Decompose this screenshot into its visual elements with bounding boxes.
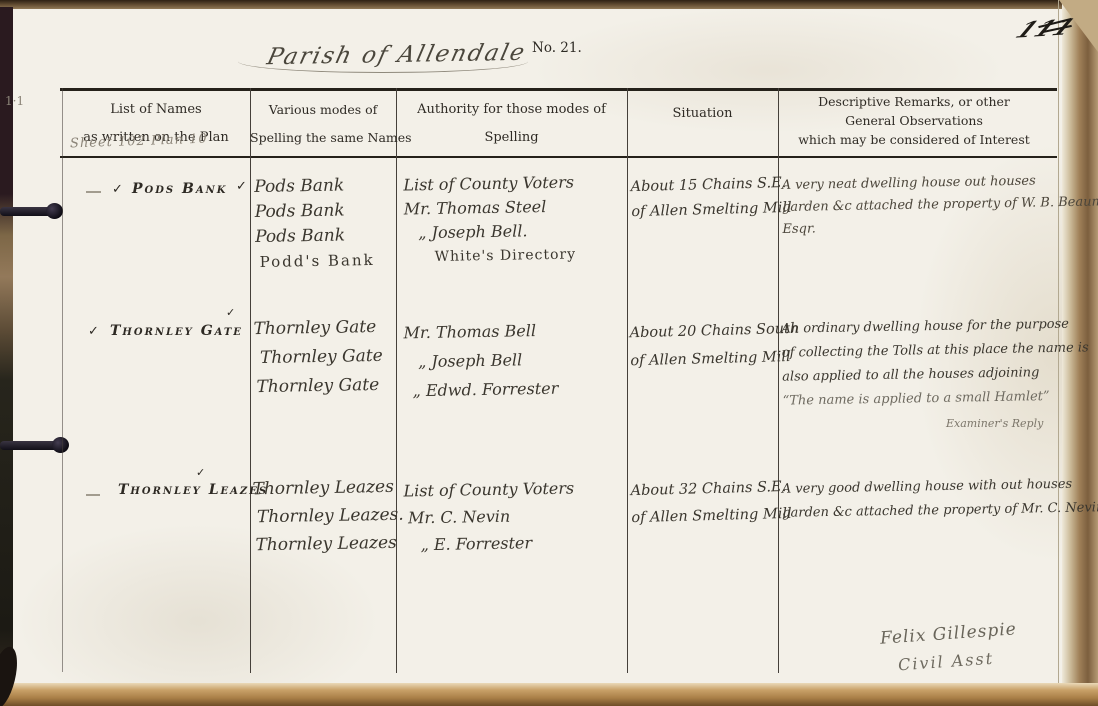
spelling-variant: Thornley Leazes. (253, 501, 404, 532)
check-mark: ✓ (196, 466, 205, 479)
spelling-variant: Pods Bank (254, 173, 373, 200)
check-mark: ✓ (112, 182, 123, 197)
margin-mark: 1·1 (5, 94, 24, 108)
row-situation: About 20 Chains South of Allen Smelting … (629, 315, 800, 375)
row-remarks: A very good dwelling house with out hous… (782, 472, 1098, 526)
authority-line: List of County Voters (403, 475, 574, 505)
pencil-dash (86, 494, 100, 496)
row-spellings: Thornley Gate Thornley Gate Thornley Gat… (253, 313, 383, 402)
spelling-variant: Thornley Gate (254, 371, 383, 402)
header-spelling: Various modes of Spelling the same Names (250, 96, 396, 152)
authority-line: Mr. Thomas Steel (404, 195, 576, 222)
left-binding-edge (0, 7, 13, 699)
surveyor-signature: Felix Gillespie (879, 619, 1017, 648)
situation-line: of Allen Smelting Mill (631, 196, 792, 225)
check-mark: ✓ (88, 324, 99, 339)
header-situation: Situation (627, 106, 778, 121)
top-page-edge (0, 0, 1098, 9)
row-authorities: Mr. Thomas Bell „ Joseph Bell „ Edwd. Fo… (403, 316, 558, 406)
check-mark: ✓ (236, 179, 247, 194)
row-situation: About 15 Chains S.E. of Allen Smelting M… (630, 171, 792, 225)
header-remarks: Descriptive Remarks, or other General Ob… (778, 92, 1050, 149)
header-authority: Authority for those modes of Spelling (396, 96, 627, 152)
situation-line: of Allen Smelting Mill (630, 343, 800, 375)
bottom-page-edge (0, 683, 1098, 706)
col-border-3 (627, 88, 628, 673)
check-mark: ✓ (226, 306, 235, 319)
row-spellings: Thornley Leazes Thornley Leazes. Thornle… (252, 473, 404, 560)
examiner-reply-label: Examiner's Reply (946, 417, 1043, 430)
surveyor-role: Civil Asst (897, 649, 994, 675)
col-border-1 (250, 88, 251, 673)
form-number: No. 21. (532, 40, 582, 56)
row-remarks: An ordinary dwelling house for the purpo… (781, 312, 1090, 413)
row-situation: About 32 Chains S.E. of Allen Smelting M… (630, 474, 792, 532)
remarks-line: garden &c attached the property of Mr. C… (782, 496, 1098, 526)
authority-line: „ Joseph Bell (404, 345, 558, 377)
authority-line: White's Directory (404, 243, 576, 270)
spelling-variant: Pods Bank (255, 223, 374, 250)
spelling-variant: Thornley Leazes (252, 473, 403, 504)
table-left-border (62, 88, 63, 672)
authority-line: „ Joseph Bell. (404, 219, 576, 246)
pencil-dash (86, 191, 101, 193)
situation-line: About 32 Chains S.E. (630, 474, 791, 505)
binding-knot-upper (46, 203, 63, 219)
row-name: Pods Bank (132, 181, 227, 197)
authority-line: „ Edwd. Forrester (404, 374, 558, 406)
row-spellings: Pods Bank Pods Bank Pods Bank Podd's Ban… (254, 173, 375, 275)
row-authorities: List of County Voters Mr. C. Nevin „ E. … (403, 475, 575, 559)
situation-line: of Allen Smelting Mill (631, 501, 792, 532)
authority-line: Mr. Thomas Bell (403, 316, 557, 348)
spelling-variant: Pods Bank (255, 198, 374, 225)
spelling-variant: Thornley Gate (254, 342, 383, 373)
examiner-pencil-note: “The name is applied to a small Hamlet” (782, 384, 1089, 413)
situation-line: About 20 Chains South (629, 315, 799, 347)
authority-line: Mr. C. Nevin (404, 502, 575, 532)
row-remarks: A very neat dwelling house out houses ga… (781, 169, 1098, 241)
table-header-border (60, 156, 1057, 158)
authority-line: „ E. Forrester (404, 529, 575, 559)
row-name: Thornley Leazes (118, 482, 268, 498)
row-name: Thornley Gate (110, 323, 243, 339)
row-authorities: List of County Voters Mr. Thomas Steel „… (403, 171, 576, 270)
parish-title-underline (238, 50, 528, 73)
authority-line: List of County Voters (403, 171, 575, 198)
binding-tie-lower (0, 441, 60, 450)
col-border-2 (396, 88, 397, 673)
spelling-variant: Podd's Bank (255, 248, 374, 275)
spelling-variant: Thornley Leazes (253, 529, 404, 560)
binding-knot-lower (52, 437, 69, 453)
table-top-border (60, 88, 1057, 91)
spelling-variant: Thornley Gate (253, 313, 382, 344)
scanned-name-book-page: Parish of Allendale No. 21. 111 1·1 List… (0, 0, 1098, 706)
